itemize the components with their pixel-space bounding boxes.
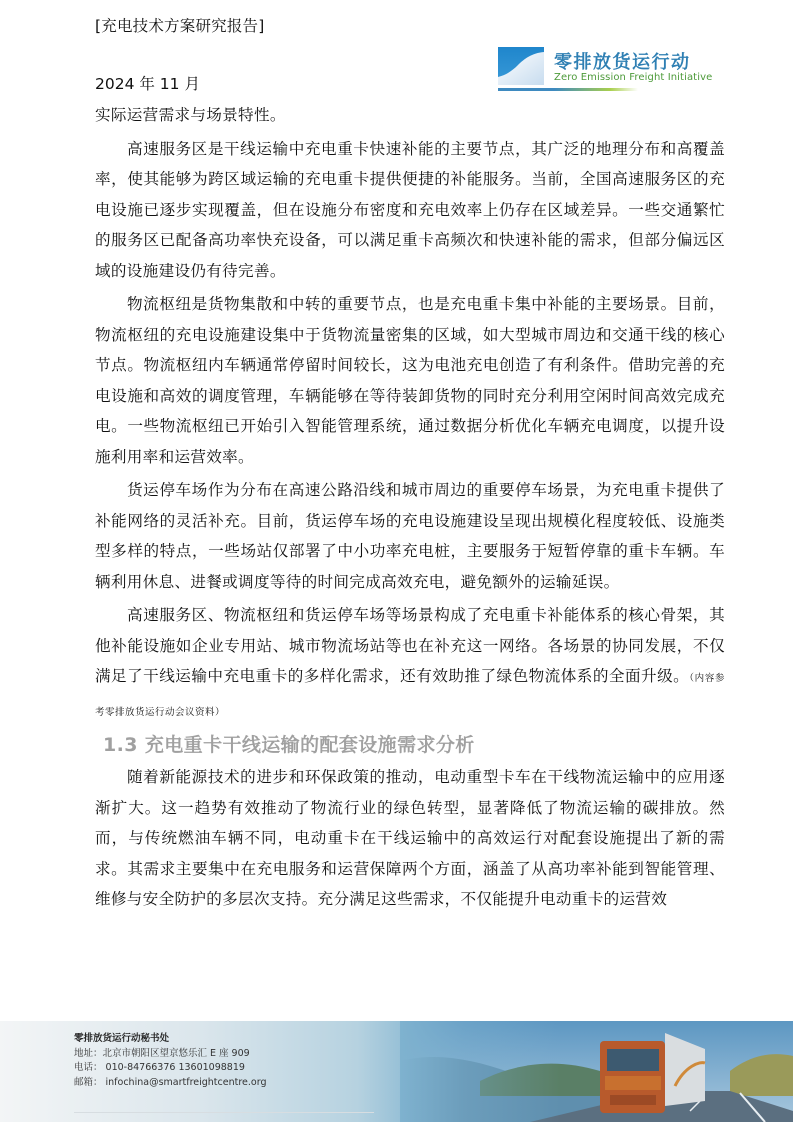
paragraph-facility-needs: 随着新能源技术的进步和环保政策的推动，电动重型卡车在干线物流运输中的应用逐渐扩大… [95, 762, 725, 915]
paragraph-highway-service-areas: 高速服务区是干线运输中充电重卡快速补能的主要节点，其广泛的地理分布和高覆盖率，使… [95, 134, 725, 287]
document-body: 实际运营需求与场景特性。 高速服务区是干线运输中充电重卡快速补能的主要节点，其广… [95, 100, 725, 915]
address-line: 地址：北京市朝阳区望京悠乐汇 E 座 909 [74, 1047, 266, 1062]
paragraph-summary-text: 高速服务区、物流枢纽和货运停车场等场景构成了充电重卡补能体系的核心骨架，其他补能… [95, 606, 725, 685]
logo-name-en: Zero Emission Freight Initiative [554, 72, 712, 83]
paragraph-summary: 高速服务区、物流枢纽和货运停车场等场景构成了充电重卡补能体系的核心骨架，其他补能… [95, 600, 725, 728]
paragraph-logistics-hubs: 物流枢纽是货物集散和中转的重要节点，也是充电重卡集中补能的主要场景。目前，物流枢… [95, 289, 725, 472]
footer-divider [74, 1112, 374, 1113]
report-title: [充电技术方案研究报告] [95, 14, 265, 36]
email-line: 邮箱： infochina@smartfreightcentre.org [74, 1076, 266, 1091]
secretariat-name: 零排放货运行动秘书处 [74, 1032, 266, 1047]
paragraph-freight-parking: 货运停车场作为分布在高速公路沿线和城市周边的重要停车场景，为充电重卡提供了补能网… [95, 475, 725, 597]
contact-info: 零排放货运行动秘书处 地址：北京市朝阳区望京悠乐汇 E 座 909 电话： 01… [74, 1032, 266, 1090]
page-header: [充电技术方案研究报告] 2024 年 11 月 零排放货运行动 [0, 0, 793, 100]
logo-mark-icon [498, 47, 544, 85]
zefi-logo: 零排放货运行动 Zero Emission Freight Initiative [498, 47, 713, 97]
page-footer: 零排放货运行动秘书处 地址：北京市朝阳区望京悠乐汇 E 座 909 电话： 01… [0, 1021, 793, 1122]
section-heading-1-3: 1.3 充电重卡干线运输的配套设施需求分析 [103, 728, 725, 762]
truck-on-highway-photo [400, 1021, 793, 1122]
logo-divider [498, 88, 638, 91]
report-date: 2024 年 11 月 [95, 72, 200, 94]
logo-name-zh: 零排放货运行动 [554, 48, 691, 74]
paragraph-continuation: 实际运营需求与场景特性。 [95, 100, 725, 131]
phone-line: 电话： 010-84766376 13601098819 [74, 1061, 266, 1076]
